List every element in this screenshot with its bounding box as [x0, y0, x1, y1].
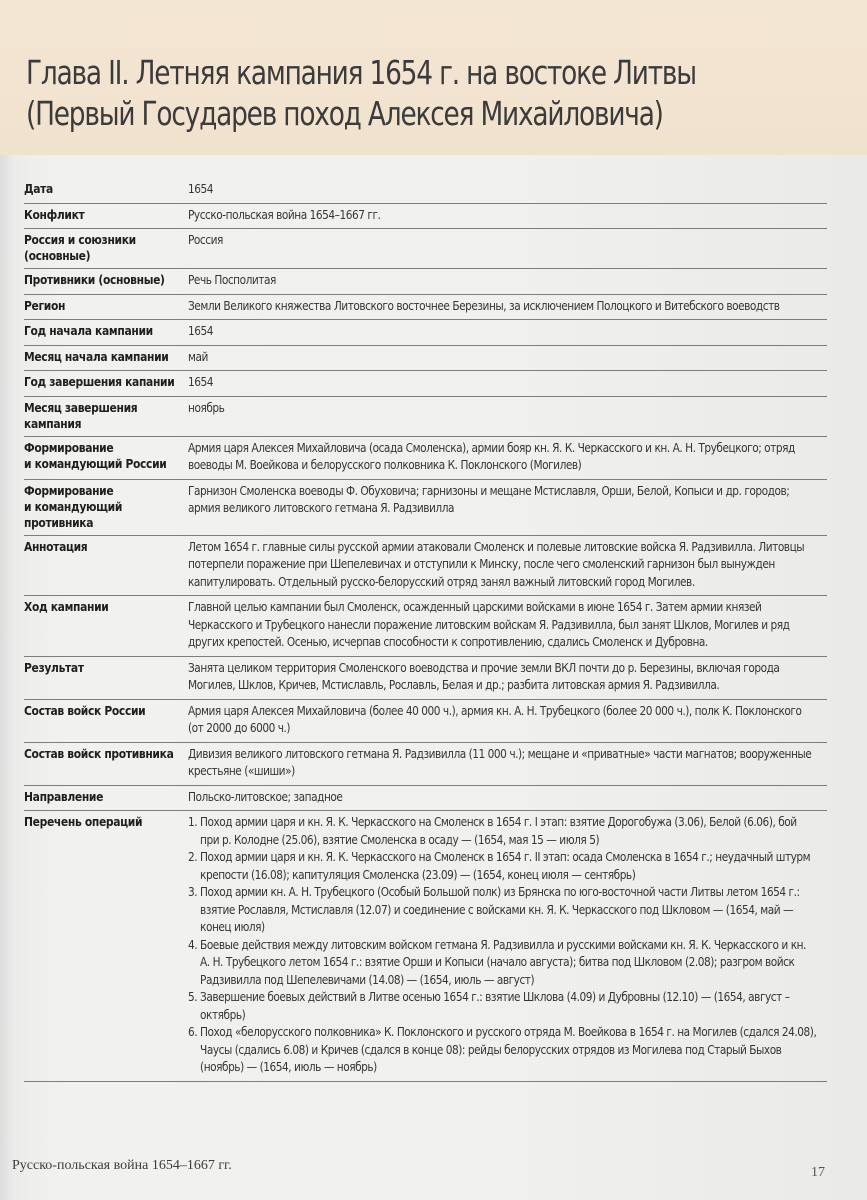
row-value: Гарнизон Смоленска воеводы Ф. Обуховича;… — [188, 483, 867, 531]
row-label: Состав войск России — [24, 703, 188, 738]
row-value-text: 1654 — [188, 181, 818, 199]
row-label-text: Дата — [24, 181, 187, 197]
row-value: Армия царя Алексея Михайловича (более 40… — [188, 703, 867, 738]
row-value-text: Россия — [188, 232, 818, 250]
row-value-text: 1654 — [188, 323, 818, 341]
row-value: май — [188, 349, 867, 367]
row-label-text: Формирование и командующий России — [24, 440, 187, 472]
row-label-text: Противники (основные) — [24, 272, 187, 288]
row-label-text: Перечень операций — [24, 814, 187, 830]
operations-list: 1. Поход армии царя и кн. Я. К. Черкасск… — [188, 814, 867, 1077]
chapter-title: Глава II. Летняя кампания 1654 г. на вос… — [26, 52, 696, 134]
running-title: Русско-польская война 1654–1667 гг. — [12, 1158, 232, 1174]
row-value-text: Армия царя Алексея Михайловича (осада См… — [188, 440, 818, 475]
table-row: Противники (основные)Речь Посполитая — [24, 269, 827, 295]
row-value: Летом 1654 г. главные силы русской армии… — [188, 539, 867, 592]
operation-item: 4. Боевые действия между литовским войск… — [188, 937, 818, 990]
row-label-text: Формирование и командующий противника — [24, 483, 187, 531]
page-number: 17 — [811, 1165, 825, 1181]
table-row: Состав войск противникаДивизия великого … — [24, 743, 827, 786]
row-value-text: Главной целью кампании был Смоленск, оса… — [188, 599, 818, 652]
row-value: 1654 — [188, 374, 867, 392]
operation-item: 1. Поход армии царя и кн. Я. К. Черкасск… — [188, 814, 818, 849]
row-label: Результат — [24, 660, 188, 695]
row-value: Занята целиком территория Смоленского во… — [188, 660, 867, 695]
row-label-text: Аннотация — [24, 539, 187, 555]
row-value-text: Гарнизон Смоленска воеводы Ф. Обуховича;… — [188, 483, 818, 518]
row-label-text: Результат — [24, 660, 187, 676]
row-value-text: Летом 1654 г. главные силы русской армии… — [188, 539, 818, 592]
row-label: Месяц начала кампании — [24, 349, 188, 367]
table-row: Дата1654 — [24, 178, 827, 204]
table-row: Месяц начала кампаниимай — [24, 346, 827, 372]
row-label-text: Месяц начала кампании — [24, 349, 187, 365]
table-row: НаправлениеПольско-литовское; западное — [24, 786, 827, 812]
operation-item: 6. Поход «белорусского полковника» К. По… — [188, 1024, 818, 1077]
row-label-text: Конфликт — [24, 207, 187, 223]
table-row: КонфликтРусско-польская война 1654–1667 … — [24, 204, 827, 230]
row-label: Конфликт — [24, 207, 188, 225]
row-value: Русско-польская война 1654–1667 гг. — [188, 207, 867, 225]
row-value-text: Дивизия великого литовского гетмана Я. Р… — [188, 746, 818, 781]
table-row: Состав войск РоссииАрмия царя Алексея Ми… — [24, 700, 827, 743]
table-row: Формирование и командующий РоссииАрмия ц… — [24, 437, 827, 480]
row-label-text: Состав войск противника — [24, 746, 187, 762]
row-label: Регион — [24, 298, 188, 316]
chapter-header: Глава II. Летняя кампания 1654 г. на вос… — [0, 0, 867, 155]
row-value-text: ноябрь — [188, 400, 818, 418]
row-value-text: Речь Посполитая — [188, 272, 818, 290]
row-label-text: Состав войск России — [24, 703, 187, 719]
row-value: Дивизия великого литовского гетмана Я. Р… — [188, 746, 867, 781]
campaign-info-table: Дата1654КонфликтРусско-польская война 16… — [24, 178, 827, 1082]
row-label-text: Регион — [24, 298, 187, 314]
row-value: Польско-литовское; западное — [188, 789, 867, 807]
table-row: Месяц завершения кампанияноябрь — [24, 397, 827, 437]
row-label: Год начала кампании — [24, 323, 188, 341]
operation-item: 5. Завершение боевых действий в Литве ос… — [188, 989, 818, 1024]
row-label: Аннотация — [24, 539, 188, 592]
row-label: Формирование и командующий противника — [24, 483, 188, 531]
row-value-text: Армия царя Алексея Михайловича (более 40… — [188, 703, 818, 738]
table-row: АннотацияЛетом 1654 г. главные силы русс… — [24, 536, 827, 597]
table-row: РегионЗемли Великого княжества Литовског… — [24, 295, 827, 321]
table-row: Россия и союзники (основные)Россия — [24, 229, 827, 269]
table-row: Ход кампанииГлавной целью кампании был С… — [24, 596, 827, 657]
table-row: Год завершения капании1654 — [24, 371, 827, 397]
table-row: Год начала кампании1654 — [24, 320, 827, 346]
row-value: Армия царя Алексея Михайловича (осада См… — [188, 440, 867, 475]
row-label: Россия и союзники (основные) — [24, 232, 188, 264]
row-label-text: Ход кампании — [24, 599, 187, 615]
table-row-operations: Перечень операций1. Поход армии царя и к… — [24, 811, 827, 1082]
row-label: Перечень операций — [24, 814, 188, 1077]
row-label: Дата — [24, 181, 188, 199]
operation-item: 2. Поход армии царя и кн. Я. К. Черкасск… — [188, 849, 818, 884]
row-value: Россия — [188, 232, 867, 264]
row-label-text: Россия и союзники (основные) — [24, 232, 187, 264]
row-value: 1654 — [188, 323, 867, 341]
chapter-title-line2: (Первый Государев поход Алексея Михайлов… — [26, 94, 663, 133]
row-value-text: Земли Великого княжества Литовского вост… — [188, 298, 818, 316]
row-label: Противники (основные) — [24, 272, 188, 290]
row-value-text: Русско-польская война 1654–1667 гг. — [188, 207, 818, 225]
row-value-text: Занята целиком территория Смоленского во… — [188, 660, 818, 695]
row-label: Направление — [24, 789, 188, 807]
row-value-text: Польско-литовское; западное — [188, 789, 818, 807]
chapter-title-line1: Глава II. Летняя кампания 1654 г. на вос… — [26, 53, 696, 92]
row-value: Главной целью кампании был Смоленск, оса… — [188, 599, 867, 652]
row-label-text: Год начала кампании — [24, 323, 187, 339]
row-label: Состав войск противника — [24, 746, 188, 781]
row-label-text: Направление — [24, 789, 187, 805]
row-label: Месяц завершения кампания — [24, 400, 188, 432]
row-value: Речь Посполитая — [188, 272, 867, 290]
row-label-text: Год завершения капании — [24, 374, 187, 390]
table-row: Формирование и командующий противникаГар… — [24, 480, 827, 536]
row-label-text: Месяц завершения кампания — [24, 400, 187, 432]
row-value: Земли Великого княжества Литовского вост… — [188, 298, 867, 316]
row-value: ноябрь — [188, 400, 867, 432]
row-value-text: май — [188, 349, 818, 367]
row-label: Ход кампании — [24, 599, 188, 652]
row-value-text: 1654 — [188, 374, 818, 392]
row-label: Год завершения капании — [24, 374, 188, 392]
row-label: Формирование и командующий России — [24, 440, 188, 475]
row-value: 1654 — [188, 181, 867, 199]
table-row: РезультатЗанята целиком территория Смоле… — [24, 657, 827, 700]
operation-item: 3. Поход армии кн. А. Н. Трубецкого (Осо… — [188, 884, 818, 937]
